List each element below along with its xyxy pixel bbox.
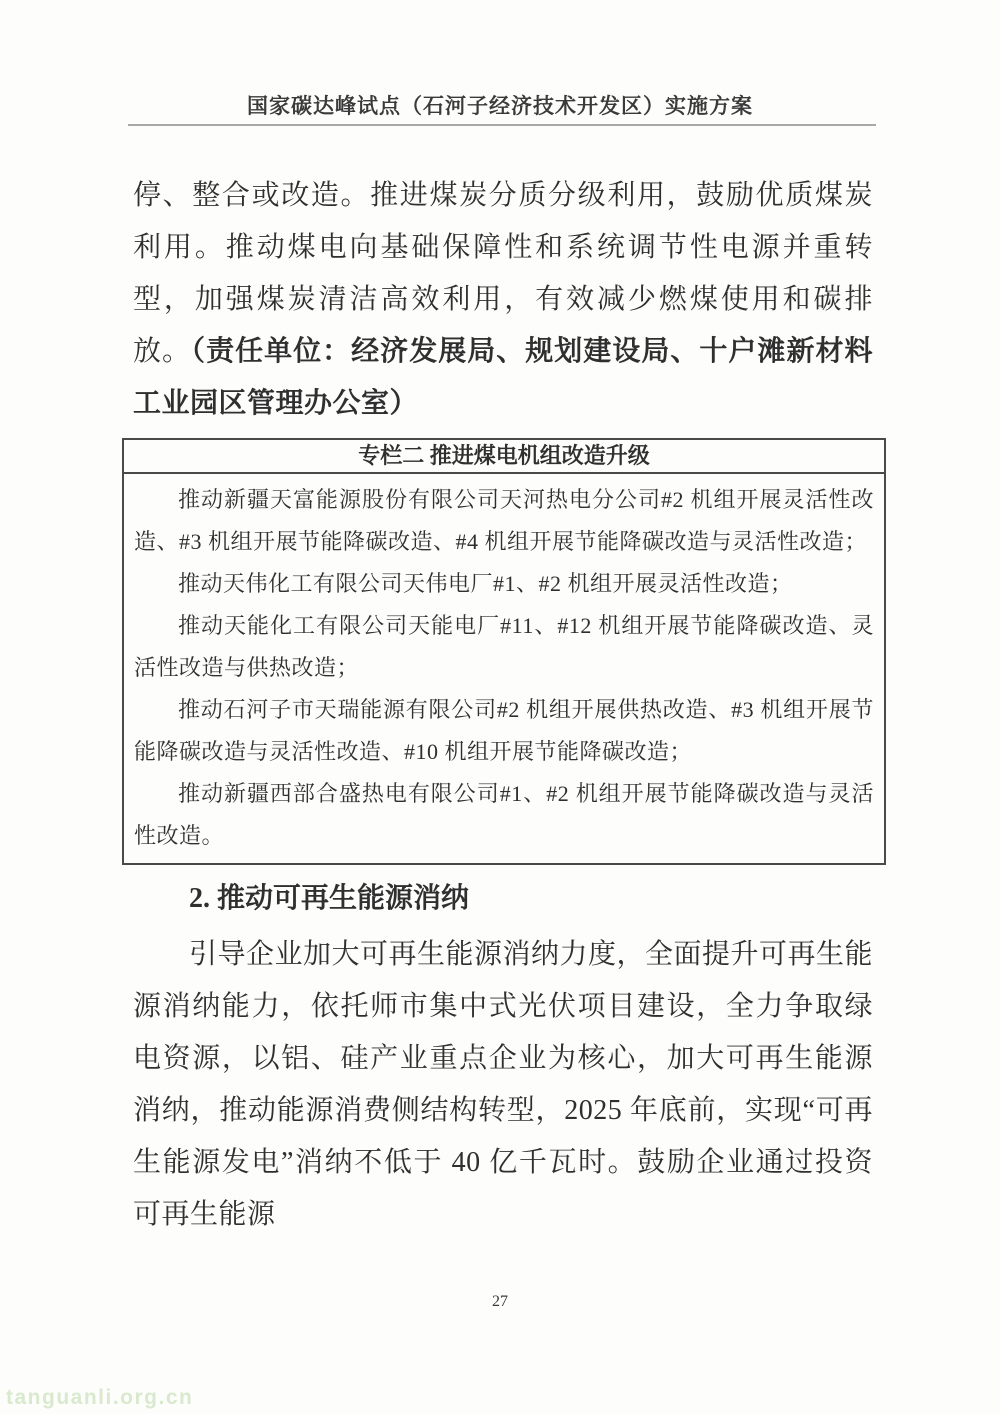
column-box-body: 推动新疆天富能源股份有限公司天河热电分公司#2 机组开展灵活性改造、#3 机组开… [124, 474, 884, 863]
document-page: 国家碳达峰试点（石河子经济技术开发区）实施方案 停、整合或改造。推进煤炭分质分级… [0, 0, 1000, 1414]
paragraph-coal-policy: 停、整合或改造。推进煤炭分质分级利用，鼓励优质煤炭利用。推动煤电向基础保障性和系… [133, 170, 873, 430]
paragraph-renewable-consumption: 引导企业加大可再生能源消纳力度，全面提升可再生能源消纳能力，依托师市集中式光伏项… [133, 929, 873, 1241]
page-number: 27 [0, 1293, 1000, 1311]
content-area: 停、整合或改造。推进煤炭分质分级利用，鼓励优质煤炭利用。推动煤电向基础保障性和系… [133, 170, 873, 1241]
watermark: tanguanli.org.cn [6, 1386, 193, 1410]
box-item-hesheng: 推动新疆西部合盛热电有限公司#1、#2 机组开展节能降碳改造与灵活性改造。 [134, 773, 874, 857]
header-rule [128, 124, 876, 126]
responsible-unit-text: （责任单位：经济发展局、规划建设局、十户滩新材料工业园区管理办公室） [133, 336, 873, 419]
box-item-tianrui: 推动石河子市天瑞能源有限公司#2 机组开展供热改造、#3 机组开展节能降碳改造与… [134, 689, 874, 773]
column-box: 专栏二 推进煤电机组改造升级 推动新疆天富能源股份有限公司天河热电分公司#2 机… [122, 438, 886, 865]
box-item-tianfu: 推动新疆天富能源股份有限公司天河热电分公司#2 机组开展灵活性改造、#3 机组开… [134, 479, 874, 563]
box-item-tianwei: 推动天伟化工有限公司天伟电厂#1、#2 机组开展灵活性改造； [134, 563, 874, 605]
box-item-tianneng: 推动天能化工有限公司天能电厂#11、#12 机组开展节能降碳改造、灵活性改造与供… [134, 605, 874, 689]
section-heading-renewable: 2. 推动可再生能源消纳 [133, 877, 873, 921]
document-title-header: 国家碳达峰试点（石河子经济技术开发区）实施方案 [0, 90, 1000, 120]
column-box-title: 专栏二 推进煤电机组改造升级 [124, 440, 884, 474]
